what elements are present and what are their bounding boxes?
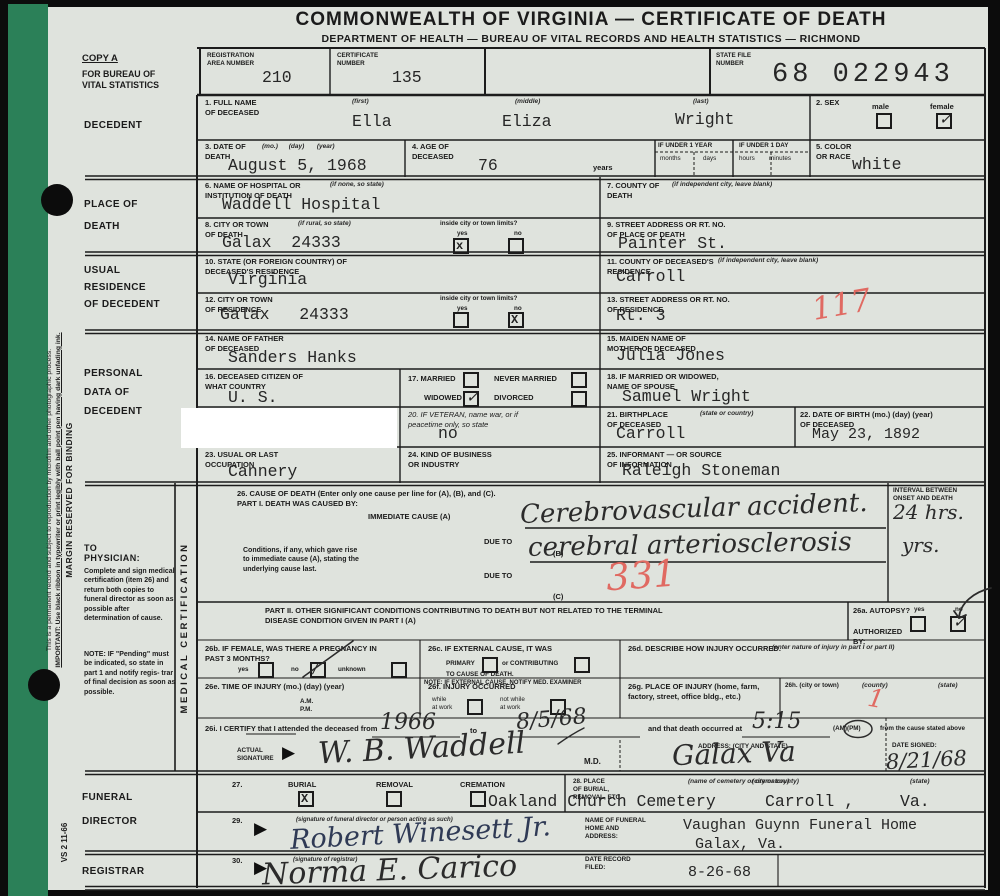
pregnancy-no-label: no: [291, 666, 299, 674]
primary-label: PRIMARY: [446, 660, 475, 668]
limits-yes-label: yes: [457, 230, 468, 238]
to-physician-title: TO PHYSICIAN:: [84, 543, 140, 563]
limits-no-label: no: [514, 230, 522, 238]
months-label: months: [660, 155, 681, 163]
field24-label: 24. KIND OF BUSINESS OR INDUSTRY: [408, 450, 492, 470]
copy-label: COPY A: [82, 53, 118, 65]
certify-text-3: and that death occurred at: [648, 724, 742, 734]
field26-label: 26. CAUSE OF DEATH (Enter only one cause…: [237, 489, 496, 509]
field29-number: 29.: [232, 816, 242, 826]
under-year-label: IF UNDER 1 YEAR: [658, 142, 712, 150]
years-label: years: [593, 163, 613, 173]
pregnancy-yes-checkbox: [258, 662, 274, 678]
to-cause-label: TO CAUSE OF DEATH.: [446, 671, 514, 679]
date-signed-value: 8/21/68: [885, 746, 967, 774]
autopsy-label: 26a. AUTOPSY?: [853, 606, 910, 616]
contributing-label: or CONTRIBUTING: [502, 660, 558, 668]
state-file-label: STATE FILE NUMBER: [716, 52, 751, 68]
field30-number: 30.: [232, 856, 242, 866]
field11-hint: (if independent city, leave blank): [718, 257, 818, 264]
first-name-value: Ella: [352, 112, 392, 131]
interval-b-value: yrs.: [902, 533, 939, 557]
certificate-number-label: CERTIFICATE NUMBER: [337, 52, 378, 68]
pregnancy-unknown-checkbox: [391, 662, 407, 678]
death-time-value: 5:15: [752, 709, 801, 734]
first-hint: (first): [352, 98, 369, 105]
field8-hint: (if rural, so state): [298, 220, 351, 227]
certify-text-4: from the cause stated above: [880, 725, 965, 733]
autopsy-yes-label: yes: [914, 606, 925, 614]
last-name-value: Wright: [675, 110, 734, 129]
death-city-value: Galax 24333: [222, 233, 341, 252]
funeral-home-label: NAME OF FUNERAL HOME AND ADDRESS:: [585, 817, 646, 842]
signature-arrow-icon: ▶: [282, 744, 295, 761]
field26h-city-hint: 26h. (city or town): [785, 682, 839, 690]
widowed-label: WIDOWED: [424, 393, 462, 403]
residence-limits-yes-checkbox: [453, 312, 469, 328]
residence-limits-no-checkbox: X: [508, 312, 524, 328]
death-limits-no-checkbox: [508, 238, 524, 254]
residence-county-value: Carroll: [616, 267, 685, 286]
burial-state-value: Va.: [900, 792, 930, 811]
cremation-checkbox: [470, 791, 486, 807]
section-place-of-death: PLACE OF DEATH: [84, 194, 138, 238]
registration-area-value: 210: [262, 68, 292, 87]
hospital-value: Waddell Hospital: [222, 195, 380, 214]
funeral-home-city: Galax, Va.: [695, 836, 785, 853]
death-limits-yes-checkbox: x: [453, 238, 469, 254]
cremation-label: CREMATION: [460, 780, 505, 790]
punch-hole: [41, 184, 73, 216]
days-label: days: [703, 155, 716, 163]
field1-label: 1. FULL NAME OF DECEASED: [205, 98, 259, 118]
cause-b-value: cerebral arteriosclerosis: [528, 527, 852, 563]
md-label: M.D.: [584, 757, 601, 767]
field26d-hint: (enter nature of injury in part I or par…: [772, 644, 894, 651]
red-annotation-331: 331: [605, 552, 678, 600]
field4-label: 4. AGE OF DECEASED: [412, 142, 454, 162]
middle-name-value: Eliza: [502, 112, 552, 131]
burial-county-value: Carroll ,: [765, 792, 854, 811]
father-value: Sanders Hanks: [228, 348, 357, 367]
section-decedent: DECEDENT: [84, 120, 142, 131]
married-label: 17. MARRIED: [408, 374, 456, 384]
while-at-work-checkbox: [467, 699, 483, 715]
never-married-checkbox: [571, 372, 587, 388]
to-physician-note: Complete and sign medical certification …: [84, 567, 176, 624]
male-label: male: [872, 102, 889, 112]
margin-important-line: IMPORTANT: Use black ribbon in typewrite…: [55, 220, 64, 780]
field26e-label: 26e. TIME OF INJURY (mo.) (day) (year): [205, 682, 344, 692]
actual-signature-label: ACTUAL SIGNATURE: [237, 747, 274, 763]
form-number: VS 2 11-66: [60, 800, 70, 885]
citizen-value: U. S.: [228, 388, 278, 407]
immediate-cause-label: IMMEDIATE CAUSE (A): [368, 512, 450, 522]
divorced-checkbox: [571, 391, 587, 407]
residence-state-value: Virginia: [228, 270, 307, 289]
birthplace-value: Carroll: [616, 424, 685, 443]
due-to-label-2: DUE TO: [484, 571, 512, 581]
field26d-label: 26d. DESCRIBE HOW INJURY OCCURRED.: [628, 644, 781, 654]
death-date-hints: (mo.) (day) (year): [262, 143, 335, 150]
date-filed-value: 8-26-68: [688, 864, 751, 881]
signature-arrow-icon: ▶: [254, 820, 267, 837]
pregnancy-unknown-label: unknown: [338, 666, 366, 674]
field7-label: 7. COUNTY OF DEATH: [607, 181, 659, 201]
pending-note: NOTE: IF "Pending" must be indicated, so…: [84, 650, 176, 697]
physician-address: Galax Va: [671, 735, 796, 772]
middle-hint: (middle): [515, 98, 540, 105]
whiteout-correction: [181, 408, 397, 448]
under-day-label: IF UNDER 1 DAY: [739, 142, 788, 150]
binding-margin-text: This is a permanent record and subject t…: [46, 220, 75, 780]
am-pm-label: A.M. P.M.: [300, 698, 313, 714]
field20-label: 20. IF VETERAN, name war, or if peacetim…: [408, 410, 518, 430]
burial-checkbox: X: [298, 791, 314, 807]
race-value: white: [852, 155, 902, 174]
state-hint: (state): [910, 778, 930, 785]
field6-hint: (if none, so state): [330, 181, 384, 188]
am-pm-choice-label: (AM)(PM): [833, 725, 861, 733]
divorced-label: DIVORCED: [494, 393, 534, 403]
date-filed-label: DATE RECORD FILED:: [585, 856, 631, 872]
no-x-mark: X: [511, 313, 518, 327]
informant-value: Raleigh Stoneman: [622, 461, 780, 480]
limits-question-label: inside city or town limits?: [440, 220, 517, 228]
pregnancy-no-mark: /: [313, 659, 318, 677]
certify-text-1: 26i. I CERTIFY that I attended the decea…: [205, 724, 377, 734]
contributing-checkbox: [574, 657, 590, 673]
certificate-number-value: 135: [392, 68, 422, 87]
state-file-value: 68 022943: [772, 60, 954, 90]
widowed-checkmark: ✓: [466, 388, 479, 406]
section-registrar: REGISTRAR: [82, 866, 145, 877]
cause-c-label: (C): [553, 592, 563, 602]
field26c-label: 26c. IF EXTERNAL CAUSE, IT WAS: [428, 644, 552, 654]
field27-number: 27.: [232, 780, 242, 790]
autopsy-yes-checkbox: [910, 616, 926, 632]
field26f-label: 26f. INJURY OCCURRED: [428, 682, 516, 692]
section-funeral-director: FUNERAL DIRECTOR: [82, 786, 137, 834]
limits-question-label: inside city or town limits?: [440, 295, 517, 303]
never-married-label: NEVER MARRIED: [494, 374, 557, 384]
field7-hint: (if independent city, leave blank): [672, 181, 772, 188]
minutes-label: minutes: [769, 155, 791, 163]
sex-label: 2. SEX: [816, 98, 839, 108]
field26g-label: 26g. PLACE OF INJURY (home, farm, factor…: [628, 682, 759, 702]
autopsy-no-checkbox: ✓: [950, 616, 966, 632]
last-hint: (last): [693, 98, 709, 105]
pregnancy-no-checkbox: /: [310, 662, 326, 678]
field5-label: 5. COLOR OR RACE: [816, 142, 851, 162]
registration-area-label: REGISTRATION AREA NUMBER: [207, 52, 254, 68]
age-value: 76: [478, 156, 498, 175]
field26h-state-hint: (state): [938, 682, 958, 689]
removal-label: REMOVAL: [376, 780, 413, 790]
part2-label: PART II. OTHER SIGNIFICANT CONDITIONS CO…: [265, 606, 663, 626]
burial-label: BURIAL: [288, 780, 316, 790]
sex-male-checkbox: [876, 113, 892, 129]
death-certificate-scan: This is a permanent record and subject t…: [0, 0, 1000, 896]
field21-hint: (state or country): [700, 410, 753, 417]
cemetery-value: Oakland Church Cemetery: [488, 792, 716, 811]
funeral-home-name: Vaughan Guynn Funeral Home: [683, 817, 917, 834]
section-personal-data: PERSONAL DATA OF DECEDENT: [84, 364, 143, 421]
medical-certification-strip-label: MEDICAL CERTIFICATION: [179, 493, 191, 763]
hours-label: hours: [739, 155, 755, 163]
due-to-label: DUE TO: [484, 537, 512, 547]
page-title: COMMONWEALTH OF VIRGINIA — CERTIFICATE O…: [197, 9, 985, 31]
page-subtitle: DEPARTMENT OF HEALTH — BUREAU OF VITAL R…: [197, 33, 985, 45]
burial-x-mark: X: [301, 792, 308, 806]
female-checkmark: ✓: [939, 110, 952, 128]
residence-street-value: Rt. 3: [616, 306, 666, 325]
veteran-value: no: [438, 424, 458, 443]
field26b-label: 26b. IF FEMALE, WAS THERE A PREGNANCY IN…: [205, 644, 377, 664]
pregnancy-yes-label: yes: [238, 666, 249, 674]
married-checkbox: [463, 372, 479, 388]
death-date-value: August 5, 1968: [228, 156, 367, 175]
section-residence: USUAL RESIDENCE OF DECEDENT: [84, 262, 160, 313]
autopsy-no-checkmark: ✓: [953, 613, 966, 631]
spouse-value: Samuel Wright: [622, 387, 751, 406]
bureau-label: FOR BUREAU OF VITAL STATISTICS: [82, 69, 159, 92]
interval-a-value: 24 hrs.: [893, 500, 964, 524]
mother-value: Julia Jones: [616, 346, 725, 365]
conditions-note: Conditions, if any, which gave rise to i…: [243, 546, 393, 574]
sex-female-checkbox: ✓: [936, 113, 952, 129]
residence-city-value: Galax 24333: [220, 305, 349, 324]
yes-x-mark: x: [456, 239, 463, 253]
removal-checkbox: [386, 791, 402, 807]
occupation-value: Cannery: [228, 462, 297, 481]
death-street-value: Painter St.: [618, 234, 727, 253]
binding-green-band: [8, 4, 48, 896]
city-county-hint: (city or county): [752, 778, 799, 785]
widowed-checkbox: ✓: [463, 391, 479, 407]
margin-binding-line: MARGIN RESERVED FOR BINDING: [64, 220, 75, 780]
birth-date-value: May 23, 1892: [812, 426, 920, 443]
margin-permanent-line: This is a permanent record and subject t…: [46, 220, 55, 780]
